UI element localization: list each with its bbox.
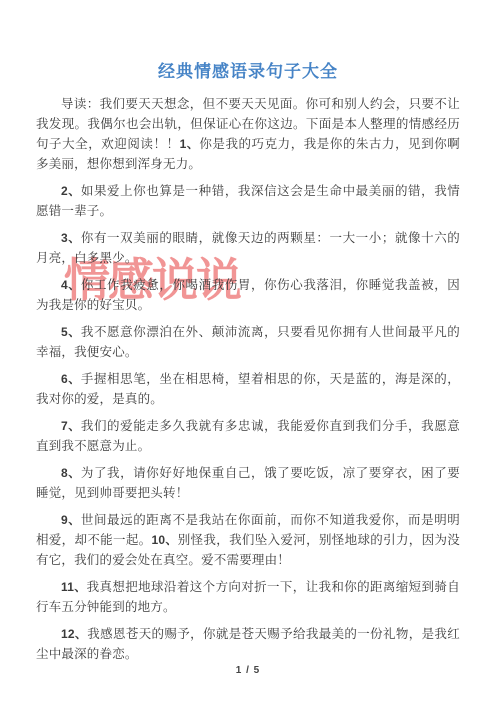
paragraph: 7、我们的爱能走多久我就有多忠诚，我能爱你直到我们分手，我愿意直到我不愿意为止。 [36, 416, 460, 456]
quote-number: 9、 [61, 513, 81, 527]
page-title: 经典情感语录句子大全 [0, 0, 496, 82]
quote-number: 1、 [180, 137, 200, 151]
quote-number: 10、 [152, 533, 178, 547]
quote-number: 8、 [61, 466, 81, 480]
paragraph: 12、我感恩苍天的赐予，你就是苍天赐予给我最美的一份礼物，是我红尘中最深的眷恋。 [36, 624, 460, 664]
quote-number: 5、 [61, 325, 81, 339]
text-segment: 为了我，请你好好地保重自己，饿了要吃饭，凉了要穿衣，困了要睡觉，见到帅哥要把头转… [36, 466, 460, 500]
document-page: 情感说说 经典情感语录句子大全 导读：我们要天天想念，但不要天天见面。你可和别人… [0, 0, 496, 702]
text-segment: 我感恩苍天的赐予，你就是苍天赐予给我最美的一份礼物，是我红尘中最深的眷恋。 [36, 627, 460, 661]
page-number: 1 / 5 [0, 665, 496, 676]
paragraph: 8、为了我，请你好好地保重自己，饿了要吃饭，凉了要穿衣，困了要睡觉，见到帅哥要把… [36, 463, 460, 503]
text-segment: 我真想把地球沿着这个方向对折一下，让我和你的距离缩短到骑自行车五分钟能到的地方。 [36, 580, 460, 614]
document-body: 导读：我们要天天想念，但不要天天见面。你可和别人约会，只要不让我发现。我偶尔也会… [36, 94, 460, 664]
quote-number: 4、 [61, 278, 81, 292]
paragraph: 3、你有一双美丽的眼睛，就像天边的两颗星：一大一小；就像十六的月亮，白多黑少。 [36, 228, 460, 268]
text-segment: 如果爱上你也算是一种错，我深信这会是生命中最美丽的错，我情愿错一辈子。 [36, 184, 460, 218]
paragraph: 9、世间最远的距离不是我站在你面前，而你不知道我爱你，而是明明相爱，却不能一起。… [36, 510, 460, 570]
quote-number: 3、 [61, 231, 81, 245]
text-segment: 我们的爱能走多久我就有多忠诚，我能爱你直到我们分手，我愿意直到我不愿意为止。 [36, 419, 460, 453]
paragraph: 11、我真想把地球沿着这个方向对折一下，让我和你的距离缩短到骑自行车五分钟能到的… [36, 577, 460, 617]
quote-number: 7、 [61, 419, 81, 433]
paragraph: 5、我不愿意你漂泊在外、颠沛流离，只要看见你拥有人世间最平凡的幸福，我便安心。 [36, 322, 460, 362]
text-segment: 你有一双美丽的眼睛，就像天边的两颗星：一大一小；就像十六的月亮，白多黑少。 [36, 231, 460, 265]
paragraph: 4、你工作我疲惫，你喝酒我伤胃，你伤心我落泪，你睡觉我盖被，因为我是你的好宝贝。 [36, 275, 460, 315]
quote-number: 6、 [61, 372, 81, 386]
text-segment: 你工作我疲惫，你喝酒我伤胃，你伤心我落泪，你睡觉我盖被，因为我是你的好宝贝。 [36, 278, 460, 312]
quote-number: 11、 [61, 580, 87, 594]
paragraph: 导读：我们要天天想念，但不要天天见面。你可和别人约会，只要不让我发现。我偶尔也会… [36, 94, 460, 174]
text-segment: 手握相思笔，坐在相思椅，望着相思的你，天是蓝的，海是深的，我对你的爱，是真的。 [36, 372, 460, 406]
text-segment: 我不愿意你漂泊在外、颠沛流离，只要看见你拥有人世间最平凡的幸福，我便安心。 [36, 325, 460, 359]
quote-number: 2、 [61, 184, 81, 198]
paragraph: 6、手握相思笔，坐在相思椅，望着相思的你，天是蓝的，海是深的，我对你的爱，是真的… [36, 369, 460, 409]
quote-number: 12、 [61, 627, 87, 641]
paragraph: 2、如果爱上你也算是一种错，我深信这会是生命中最美丽的错，我情愿错一辈子。 [36, 181, 460, 221]
